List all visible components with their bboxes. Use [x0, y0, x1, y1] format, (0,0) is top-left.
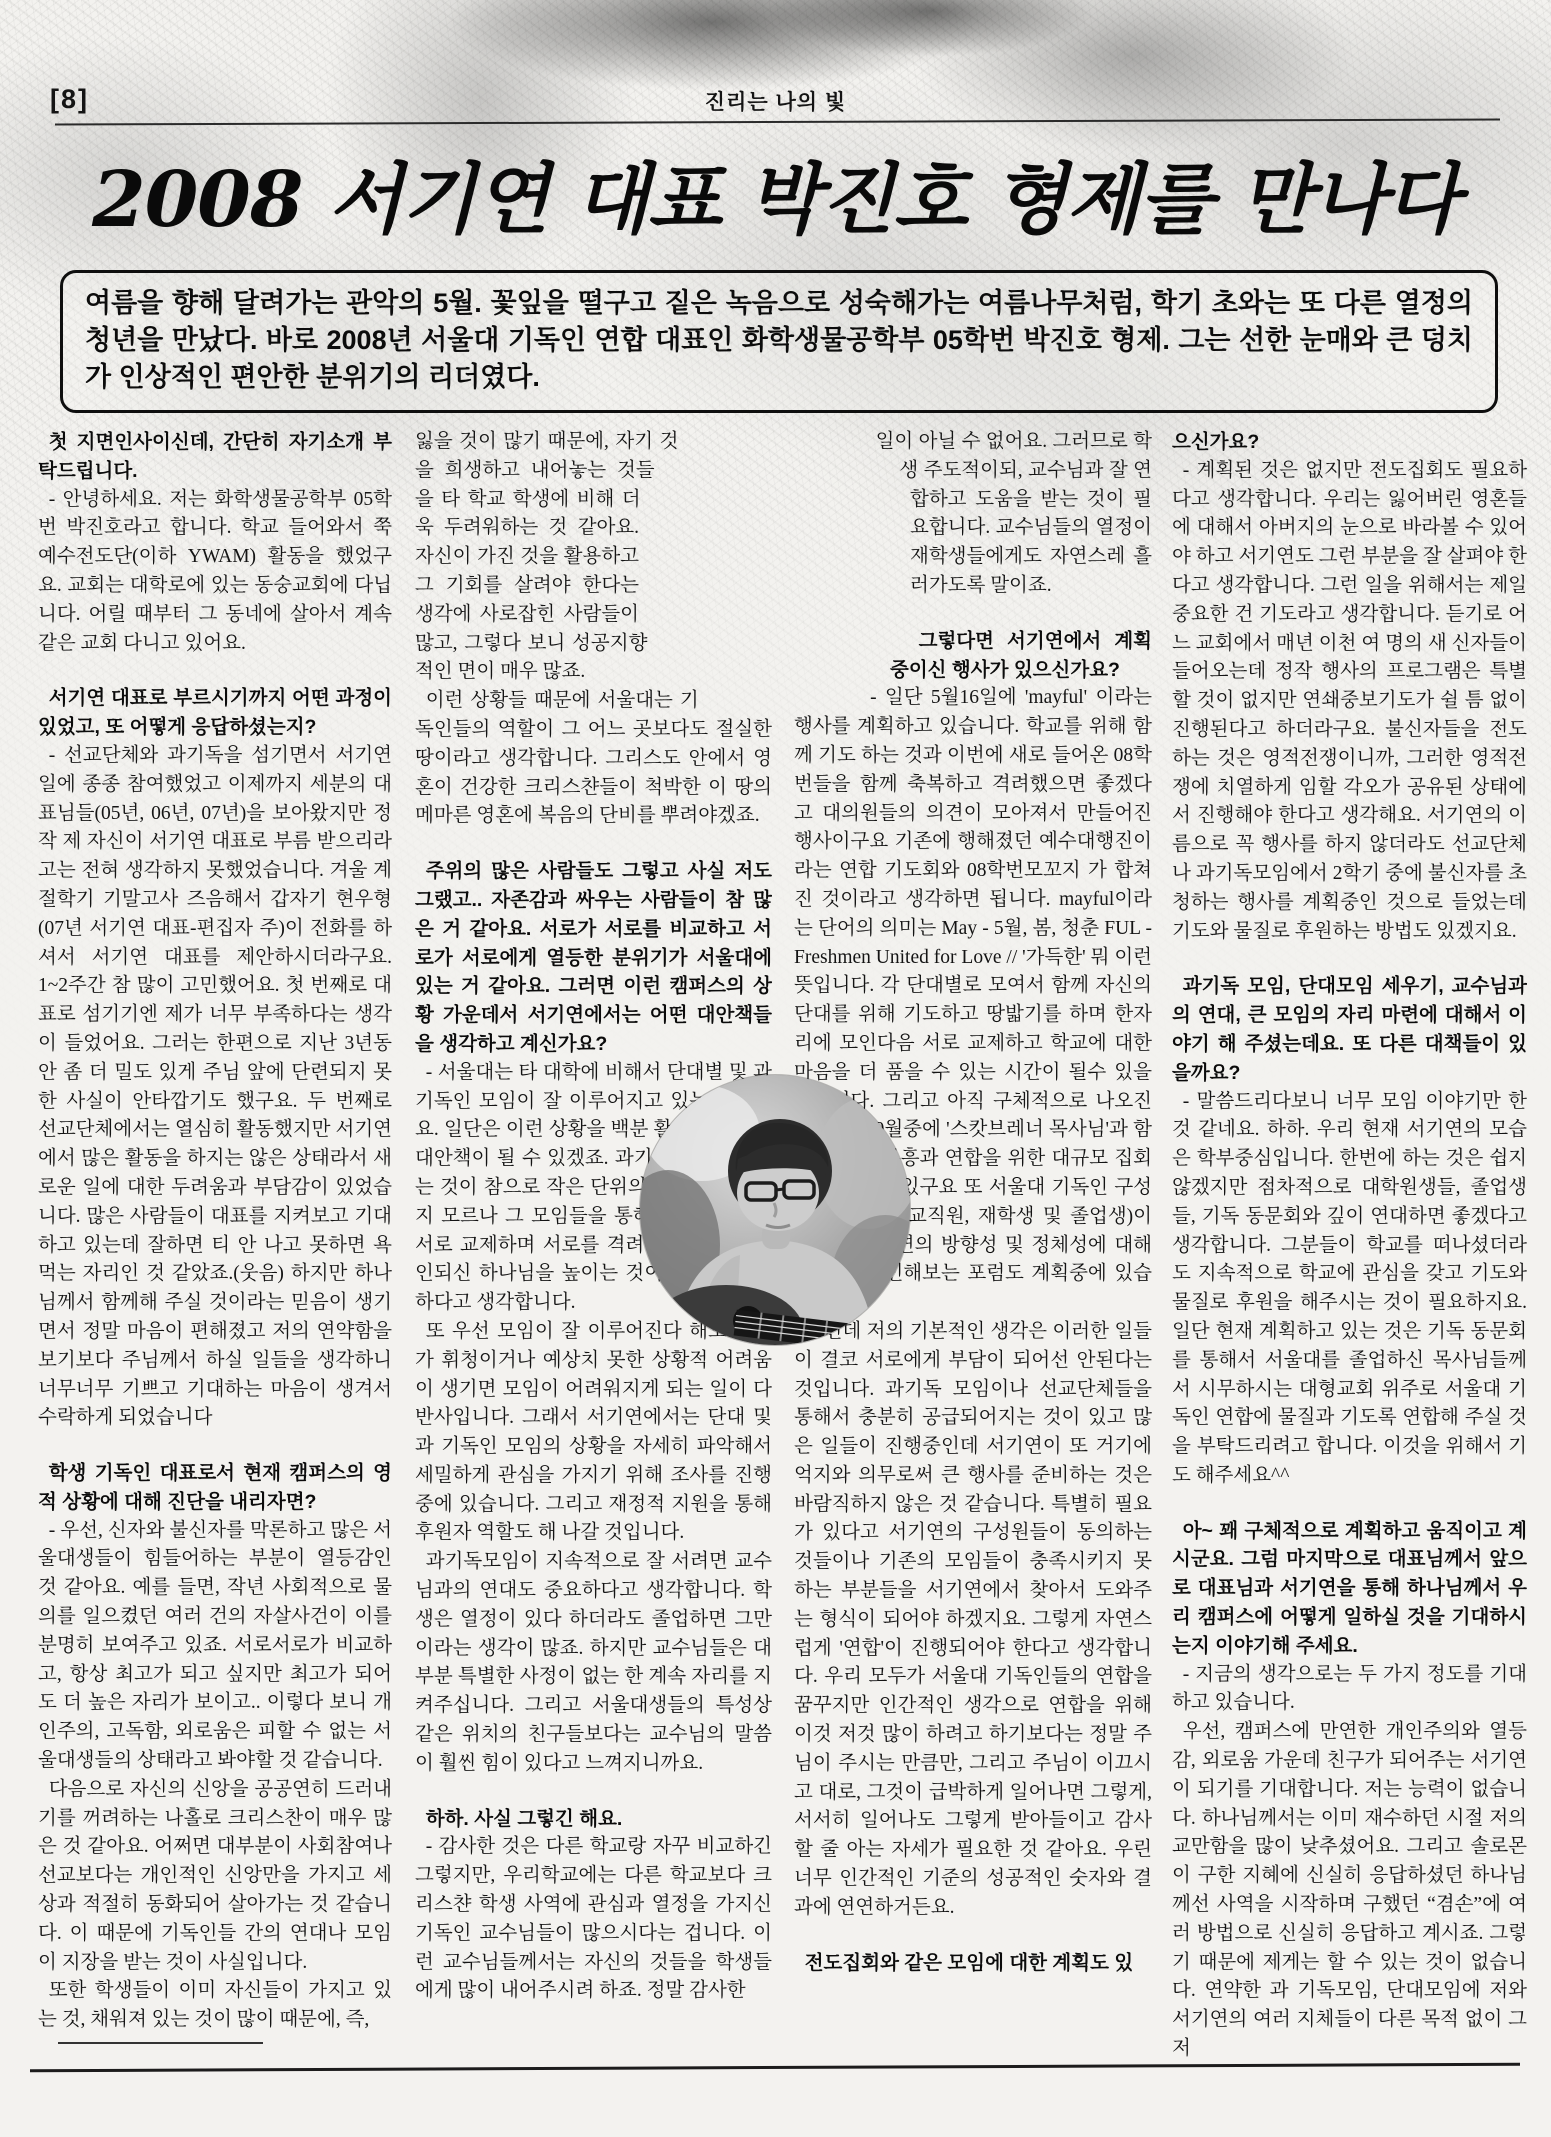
answer: - 우선, 신자와 불신자를 막론하고 많은 서울대생들이 힘들어하는 부분이 …: [38, 1517, 392, 1776]
answer: - 선교단체와 과기독을 섬기면서 서기연 일에 종종 참여했었고 이제까지 세…: [38, 742, 392, 1433]
question: 하하. 사실 그렇긴 해요.: [415, 1805, 772, 1834]
answer: - 말씀드리다보니 너무 모임 이야기만 한 것 같네요. 하하. 우리 현재 …: [1172, 1088, 1527, 1491]
question-continued: 으신가요?: [1172, 428, 1527, 457]
lead-paragraph: 여름을 향해 달려가는 관악의 5월. 꽃잎을 떨구고 짙은 녹음으로 성숙해가…: [85, 288, 1473, 392]
answer: - 지금의 생각으로는 두 가지 정도를 기대하고 있습니다.: [1172, 1661, 1527, 1719]
header-rule: [55, 118, 1500, 125]
question: 과기독 모임, 단대모임 세우기, 교수님과의 연대, 큰 모임의 자리 마련에…: [1172, 972, 1527, 1087]
article-headline: 2008 서기연 대표 박진호 형제를 만나다: [0, 138, 1551, 249]
portrait-photo-illustration: [640, 1075, 910, 1345]
lead-paragraph-box: 여름을 향해 달려가는 관악의 5월. 꽃잎을 떨구고 짙은 녹음으로 성숙해가…: [60, 270, 1498, 413]
question: 학생 기독인 대표로서 현재 캠퍼스의 영적 상황에 대해 진단을 내리자면?: [38, 1459, 392, 1517]
answer: - 안녕하세요. 저는 화학생물공학부 05학번 박진호라고 합니다. 학교 들…: [38, 486, 392, 659]
paragraph: 그런데 저의 기본적인 생각은 이러한 일들이 결코 서로에게 부담이 되어선 …: [794, 1318, 1152, 1923]
newspaper-page: [8] 진리는 나의 빛 2008 서기연 대표 박진호 형제를 만나다 여름을…: [0, 0, 1551, 2137]
question: 주위의 많은 사람들도 그렇고 사실 저도 그랬고.. 자존감과 싸우는 사람들…: [415, 857, 772, 1059]
answer: - 감사한 것은 다른 학교랑 자꾸 비교하긴 그렇지만, 우리학교에는 다른 …: [415, 1833, 772, 2006]
paragraph: 과기독모임이 지속적으로 잘 서려면 교수님과의 연대도 중요하다고 생각합니다…: [415, 1548, 772, 1778]
paragraph: 이런 상황들 때문에 서울대는 기독인들의 역할이 그 어느 곳보다도 절실한 …: [415, 687, 772, 831]
question: 전도집회와 같은 모임에 대한 계획도 있: [794, 1949, 1152, 1978]
article-column-4: 으신가요? - 계획된 것은 없지만 전도집회도 필요하다고 생각합니다. 우리…: [1172, 428, 1527, 2058]
article-column-1: 첫 지면인사이신데, 간단히 자기소개 부탁드립니다. - 안녕하세요. 저는 …: [38, 428, 392, 2058]
column-end-rule: [58, 2042, 263, 2044]
question: 첫 지면인사이신데, 간단히 자기소개 부탁드립니다.: [38, 428, 392, 486]
paragraph: 우선, 캠퍼스에 만연한 개인주의와 열등감, 외로움 가운데 친구가 되어주는…: [1172, 1718, 1527, 2058]
question: 아~ 꽤 구체적으로 계획하고 움직이고 계시군요. 그럼 마지막으로 대표님께…: [1172, 1517, 1527, 1661]
photo-wrap-cutout: [639, 428, 772, 700]
paragraph: 또한 학생들이 이미 자신들이 가지고 있는 것, 채워져 있는 것이 많이 때…: [38, 1977, 392, 2035]
portrait-photo: [640, 1075, 910, 1345]
question: 서기연 대표로 부르시기까지 어떤 과정이 있었고, 또 어떻게 응답하셨는지?: [38, 684, 392, 742]
answer: - 계획된 것은 없지만 전도집회도 필요하다고 생각합니다. 우리는 잃어버린…: [1172, 457, 1527, 947]
footer-rule: [30, 2063, 1520, 2073]
paragraph: 다음으로 자신의 신앙을 공공연히 드러내기를 꺼려하는 나홀로 크리스찬이 매…: [38, 1776, 392, 1978]
paragraph: 또 우선 모임이 잘 이루어진다 해도 리더가 휘청이거나 예상치 못한 상황적…: [415, 1318, 772, 1548]
masthead-title: 진리는 나의 빛: [0, 86, 1551, 116]
